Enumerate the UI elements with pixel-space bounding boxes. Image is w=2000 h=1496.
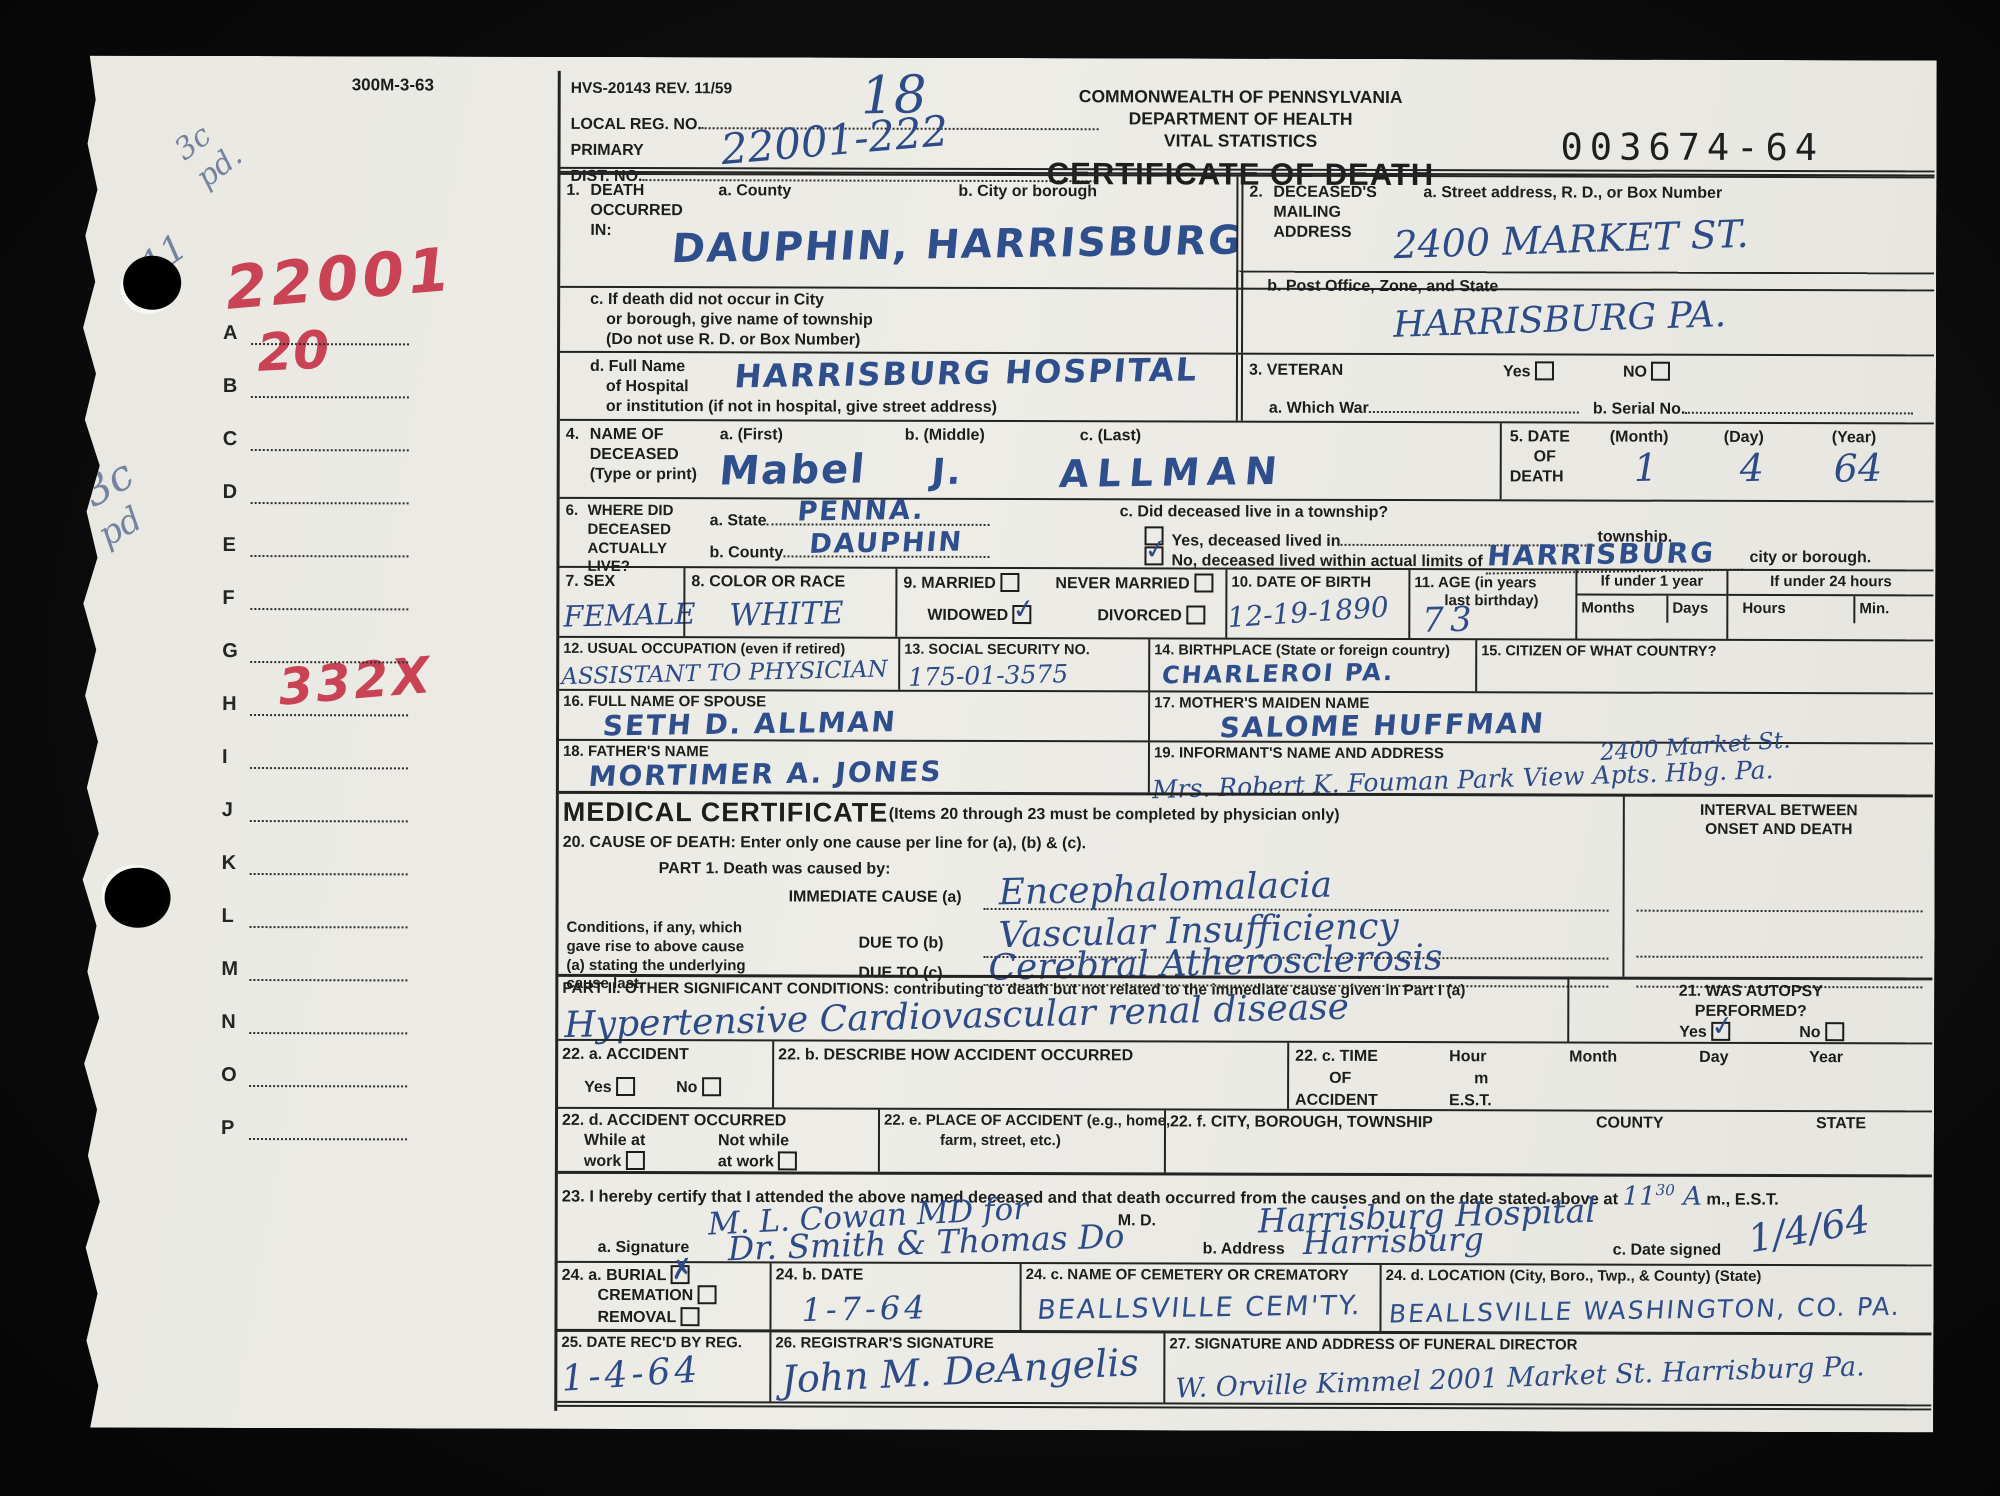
part1-label: PART 1. Death was caused by:: [659, 859, 891, 880]
post-office-value: HARRISBURG PA.: [1393, 294, 1727, 346]
field-10-date-of-birth: 10. DATE OF BIRTH 12-19-1890: [1225, 570, 1408, 638]
hours-label: Hours: [1728, 596, 1855, 623]
stub-row-f: F: [222, 587, 408, 610]
pencil-note-1: 3c pd.: [168, 111, 249, 196]
row-20-cause-of-death: 20. CAUSE OF DEATH: Enter only one cause…: [558, 829, 1932, 978]
state-label: a. State: [710, 511, 767, 531]
last-name-label: c. (Last): [1080, 426, 1141, 446]
field-24a-burial: 24. a. BURIAL ✗ CREMATION REMOVAL: [557, 1263, 769, 1330]
stub-row-o: O: [221, 1064, 407, 1087]
address-value: Harrisburg: [1302, 1220, 1484, 1262]
field-3-veteran: 3. VETERAN Yes NO a. Which War b. Serial…: [1236, 355, 1934, 423]
medical-certificate-header: MEDICAL CERTIFICATE (Items 20 through 23…: [559, 794, 1623, 832]
form-reference: HVS-20143 REV. 11/59: [571, 79, 732, 99]
hospital-value: HARRISBURG HOSPITAL: [733, 350, 1200, 395]
min-label: Min.: [1855, 596, 1933, 623]
stub-row-d: D: [223, 481, 409, 504]
accident-no-checkbox: [702, 1077, 721, 1096]
pencil-note-3: 3c pd: [74, 449, 162, 551]
address-label: b. Address: [1203, 1240, 1285, 1260]
certificate-stamp-number: 003674-64: [1561, 125, 1825, 169]
while-at-work-checkbox: [626, 1151, 645, 1170]
field-15-citizen: 15. CITIZEN OF WHAT COUNTRY?: [1475, 640, 1933, 692]
immediate-cause-value: Encephalomalacia: [998, 864, 1332, 913]
stub-row-h: H: [222, 693, 408, 716]
stub-form-code: 300M-3-63: [352, 74, 434, 95]
accident-state-label: STATE: [1816, 1114, 1866, 1134]
photo-background: 300M-3-63 3c pd. 11 3c pd 22001 20 332X …: [0, 0, 2000, 1496]
field-22e-place-of-accident: 22. e. PLACE OF ACCIDENT (e.g., home, fa…: [878, 1110, 1164, 1173]
field-23-certification: 23. I hereby certify that I attended the…: [558, 1174, 1932, 1265]
field-7-sex: 7. SEX FEMALE: [559, 568, 683, 636]
days-label: Days: [1668, 595, 1726, 622]
punch-hole-top: [123, 256, 181, 310]
interval-line-a: [1637, 894, 1923, 913]
accident-month-label: Month: [1569, 1047, 1617, 1067]
never-married-checkbox: [1194, 573, 1213, 592]
street-address-value: 2400 MARKET ST.: [1393, 212, 1749, 267]
field-part2-other-conditions: PART II. OTHER SIGNIFICANT CONDITIONS: c…: [558, 977, 1567, 1042]
field-19-informant: 19. INFORMANT'S NAME AND ADDRESS 2400 Ma…: [1148, 742, 1933, 794]
field-11-age: 11. AGE (in years last birthday) 73: [1408, 570, 1575, 638]
city-borough-label: b. City or borough: [958, 182, 1097, 202]
middle-name-label: b. (Middle): [905, 426, 985, 446]
primary-dist-label-1: PRIMARY: [571, 141, 644, 161]
race-value: WHITE: [729, 595, 844, 634]
age-value: 73: [1422, 600, 1478, 641]
stub-row-m: M: [221, 958, 407, 981]
accident-year-label: Year: [1809, 1048, 1843, 1068]
field-1c-township-note: c. If death did not occur in City or bor…: [560, 288, 1236, 353]
autopsy-yes-checkbox: ✓: [1711, 1022, 1730, 1041]
row-medical-certificate: MEDICAL CERTIFICATE (Items 20 through 23…: [559, 791, 1933, 833]
stub-row-l: L: [222, 905, 408, 928]
medical-certificate-subtitle: (Items 20 through 23 must be completed b…: [889, 805, 1340, 826]
death-year-value: 64: [1833, 446, 1882, 491]
cremation-checkbox: [698, 1285, 717, 1304]
removal-checkbox: [680, 1307, 699, 1326]
veteran-yes-checkbox: [1535, 361, 1554, 380]
stub-row-b: B: [223, 375, 409, 398]
certify-statement-end: m., E.S.T.: [1706, 1190, 1778, 1208]
row-24-burial: 24. a. BURIAL ✗ CREMATION REMOVAL 24. b.…: [557, 1261, 1931, 1333]
commonwealth-line: COMMONWEALTH OF PENNSYLVANIA: [991, 86, 1491, 109]
interval-line-b: [1636, 940, 1922, 959]
department-line: DEPARTMENT OF HEALTH: [991, 108, 1491, 131]
stub-row-i: I: [222, 746, 408, 769]
death-day-value: 4: [1739, 446, 1764, 491]
interval-column: [1622, 832, 1932, 978]
field-22a-accident: 22. a. ACCIDENT Yes No: [558, 1041, 772, 1108]
widowed-checkbox: ✓: [1013, 605, 1032, 624]
sex-value: FEMALE: [563, 596, 696, 633]
fathers-name-value: MORTIMER A. JONES: [587, 755, 944, 793]
spouse-value: SETH D. ALLMAN: [601, 705, 898, 742]
field-5-date-of-death: 5. DATE OF DEATH (Month) (Day) (Year) 1 …: [1500, 423, 1934, 500]
interval-header: INTERVAL BETWEEN ONSET AND DEATH: [1623, 797, 1933, 833]
funeral-director-value: W. Orville Kimmel 2001 Market St. Harris…: [1175, 1351, 1865, 1404]
accident-hour-label: Hour: [1449, 1047, 1486, 1067]
field-12-occupation: 12. USUAL OCCUPATION (even if retired) A…: [559, 638, 898, 690]
due-to-b-label: DUE TO (b): [858, 934, 943, 954]
field-26-registrar-signature: 26. REGISTRAR'S SIGNATURE John M. DeAnge…: [769, 1332, 1163, 1402]
stub-row-a: A: [223, 322, 409, 345]
burial-date-value: 1-7-64: [801, 1288, 929, 1329]
veteran-no-checkbox: [1651, 362, 1670, 381]
street-address-label: a. Street address, R. D., or Box Number: [1423, 183, 1722, 204]
field-under-1-year: If under 1 year Months Days: [1575, 570, 1726, 638]
not-at-work-checkbox: [778, 1151, 797, 1170]
field-22c-time-of-accident: 22. c. TIME OF ACCIDENT Hour Month Day Y…: [1287, 1043, 1932, 1111]
veteran-label: 3. VETERAN: [1249, 361, 1343, 381]
row-22def: 22. d. ACCIDENT OCCURRED While at Not wh…: [558, 1107, 1932, 1175]
certify-time-value: 1130 A: [1623, 1181, 1702, 1211]
township-no-checkbox: ✓: [1144, 546, 1163, 565]
field-18-fathers-name: 18. FATHER'S NAME MORTIMER A. JONES: [559, 741, 1148, 793]
form-header: HVS-20143 REV. 11/59 LOCAL REG. NO. 18 P…: [561, 71, 1935, 75]
state-value: PENNA.: [796, 495, 926, 528]
occupation-value: ASSISTANT TO PHYSICIAN: [561, 656, 888, 690]
accident-county-label: COUNTY: [1596, 1114, 1664, 1134]
row-25-27: 25. DATE REC'D BY REG. 1-4-64 26. REGIST…: [557, 1329, 1931, 1405]
burial-checkbox: ✗: [671, 1265, 690, 1284]
field-27-funeral-director: 27. SIGNATURE AND ADDRESS OF FUNERAL DIR…: [1163, 1333, 1931, 1404]
field-21-autopsy: 21. WAS AUTOPSY PERFORMED? Yes ✓ No: [1567, 979, 1932, 1042]
field-25-date-received: 25. DATE REC'D BY REG. 1-4-64: [557, 1332, 769, 1402]
row-part2-21: PART II. OTHER SIGNIFICANT CONDITIONS: c…: [558, 974, 1932, 1043]
first-name-label: a. (First): [720, 425, 783, 445]
field-1d-hospital: d. Full Name of Hospital HARRISBURG HOSP…: [560, 353, 1236, 421]
serial-no-label: b. Serial No.: [1593, 400, 1686, 420]
row-12-15: 12. USUAL OCCUPATION (even if retired) A…: [559, 636, 1933, 693]
field-22d-accident-occurred: 22. d. ACCIDENT OCCURRED While at Not wh…: [558, 1109, 878, 1172]
institution-note: or institution (if not in hospital, give…: [606, 397, 997, 418]
post-office-label: b. Post Office, Zone, and State: [1267, 277, 1498, 298]
field-4-name-of-deceased: 4. NAME OF DECEASED (Type or print) a. (…: [560, 421, 1500, 499]
field-14-birthplace: 14. BIRTHPLACE (State or foreign country…: [1148, 639, 1475, 691]
field-under-24-hours: If under 24 hours Hours Min.: [1726, 571, 1933, 640]
county-label: a. County: [718, 181, 791, 201]
punch-hole-bottom: [105, 868, 171, 928]
row-22abc: 22. a. ACCIDENT Yes No 22. b. DESCRIBE H…: [558, 1039, 1932, 1111]
row-1d: d. Full Name of Hospital HARRISBURG HOSP…: [560, 351, 1934, 423]
row-7-11: 7. SEX FEMALE 8. COLOR OR RACE WHITE 9. …: [559, 566, 1933, 640]
death-certificate-document: 300M-3-63 3c pd. 11 3c pd 22001 20 332X …: [76, 56, 1937, 1433]
mothers-maiden-name-value: SALOME HUFFMAN: [1218, 707, 1546, 745]
last-name-value: ALLMAN: [1058, 449, 1287, 496]
birth-date-value: 12-19-1890: [1226, 590, 1389, 634]
death-month-value: 1: [1633, 445, 1658, 490]
field-24d-location: 24. d. LOCATION (City, Boro., Twp., & Co…: [1379, 1265, 1931, 1332]
county-residence-label: b. County: [709, 543, 783, 563]
field-24c-cemetery: 24. c. NAME OF CEMETERY OR CREMATORY BEA…: [1019, 1264, 1379, 1331]
burial-location-value: BEALLSVILLE WASHINGTON, CO. PA.: [1388, 1292, 1903, 1329]
township-question-label: c. Did deceased live in a township?: [1120, 502, 1389, 523]
death-place-value: DAUPHIN, HARRISBURG: [670, 218, 1245, 272]
ssn-value: 175-01-3575: [908, 659, 1069, 692]
field-17-mothers-maiden-name: 17. MOTHER'S MAIDEN NAME SALOME HUFFMAN: [1148, 692, 1933, 742]
stub-row-c: C: [223, 428, 409, 451]
stub-row-g: G: [222, 640, 408, 663]
row-4-5: 4. NAME OF DECEASED (Type or print) a. (…: [560, 419, 1934, 501]
field-22b-describe-accident: 22. b. DESCRIBE HOW ACCIDENT OCCURRED: [772, 1041, 1287, 1108]
which-war-label: a. Which War: [1269, 399, 1369, 419]
field-9-marital-status: 9. MARRIED NEVER MARRIED WIDOWED ✓ DIVOR…: [895, 569, 1225, 638]
death-month-label: (Month): [1610, 428, 1669, 448]
county-residence-value: DAUPHIN: [808, 527, 965, 560]
field-8-color-or-race: 8. COLOR OR RACE WHITE: [683, 568, 895, 637]
stub-row-j: J: [222, 799, 408, 822]
stub-row-p: P: [221, 1117, 407, 1140]
field-22f-city-county-state: 22. f. CITY, BOROUGH, TOWNSHIP COUNTY ST…: [1164, 1110, 1932, 1174]
field-1-death-occurred: 1. DEATH OCCURRED IN: a. County b. City …: [560, 175, 1236, 288]
stub-row-n: N: [221, 1011, 407, 1034]
stub-area: 300M-3-63 3c pd. 11 3c pd 22001 20 332X …: [80, 56, 1937, 61]
middle-name-value: J.: [930, 452, 965, 493]
vital-statistics-line: VITAL STATISTICS: [991, 130, 1491, 153]
city-borough-suffix: city or borough.: [1749, 548, 1871, 568]
field-6-residence: 6. WHERE DID DECEASED ACTUALLY LIVE? a. …: [559, 499, 1933, 570]
autopsy-no-checkbox: [1825, 1022, 1844, 1041]
first-name-value: Mabel: [718, 446, 869, 494]
certificate-form: HVS-20143 REV. 11/59 LOCAL REG. NO. 18 P…: [554, 71, 1935, 1415]
married-checkbox: [1000, 573, 1019, 592]
date-received-value: 1-4-64: [560, 1349, 702, 1399]
accident-yes-checkbox: [616, 1077, 635, 1096]
field-20-cause-of-death: 20. CAUSE OF DEATH: Enter only one cause…: [558, 829, 1622, 977]
months-label: Months: [1577, 595, 1668, 622]
birthplace-value: CHARLEROI PA.: [1161, 658, 1396, 689]
accident-day-label: Day: [1699, 1048, 1728, 1068]
row-6-residence: 6. WHERE DID DECEASED ACTUALLY LIVE? a. …: [559, 497, 1933, 570]
medical-certificate-title: MEDICAL CERTIFICATE: [563, 796, 889, 831]
accident-m-label: m: [1474, 1069, 1488, 1089]
immediate-cause-label: IMMEDIATE CAUSE (a): [789, 887, 962, 907]
stub-row-k: K: [222, 852, 408, 875]
field-16-spouse: 16. FULL NAME OF SPOUSE SETH D. ALLMAN: [559, 691, 1148, 741]
stub-row-e: E: [222, 534, 408, 557]
row-18-19: 18. FATHER'S NAME MORTIMER A. JONES 19. …: [559, 739, 1933, 795]
divorced-checkbox: [1186, 605, 1205, 624]
cemetery-value: BEALLSVILLE CEM'TY.: [1036, 1290, 1364, 1326]
field-2b-post-office: b. Post Office, Zone, and State HARRISBU…: [1236, 271, 1934, 355]
row-23-certification: 23. I hereby certify that I attended the…: [558, 1171, 1932, 1265]
date-signed-label: c. Date signed: [1613, 1241, 1722, 1261]
field-24b-date: 24. b. DATE 1-7-64: [769, 1263, 1019, 1330]
field-13-ssn: 13. SOCIAL SECURITY NO. 175-01-3575: [898, 639, 1148, 691]
stub-red-value-a: 22001: [223, 235, 457, 324]
